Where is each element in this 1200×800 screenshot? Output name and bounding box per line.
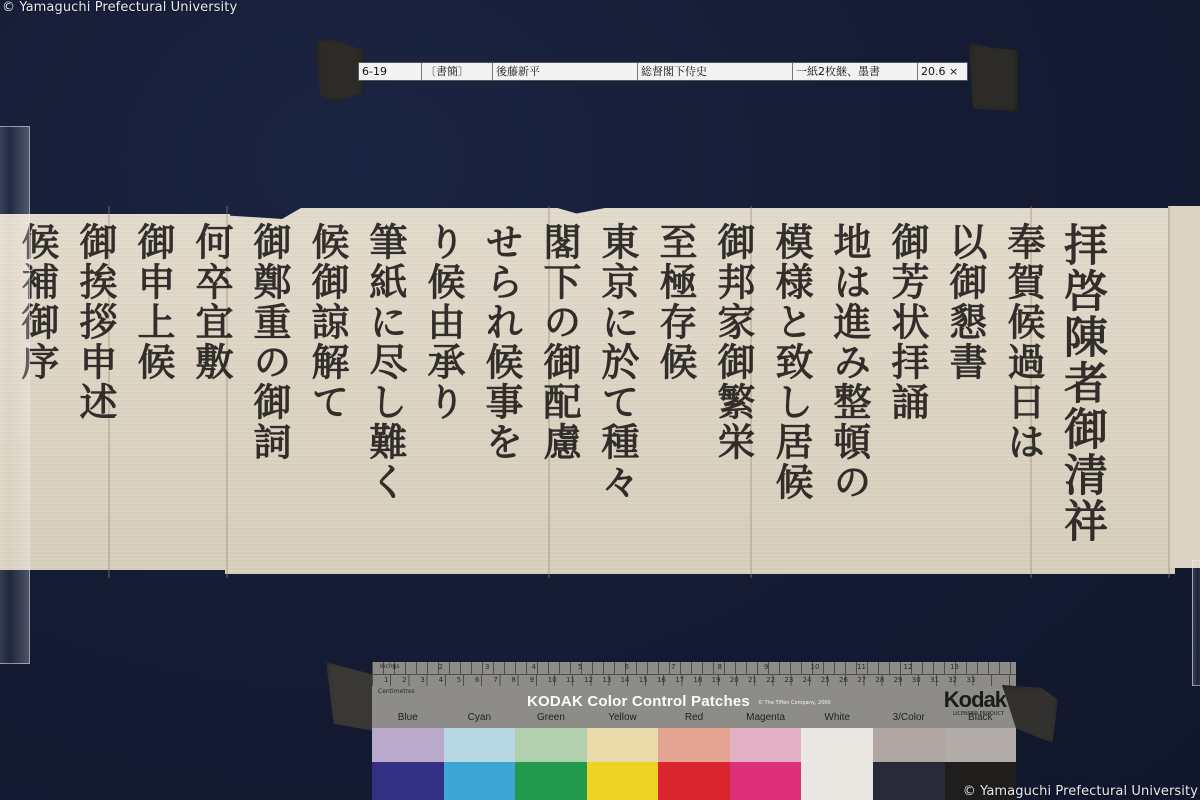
text-column: 御邦家御繁栄 xyxy=(704,222,762,578)
ruler-cm-mark: 23 xyxy=(784,676,793,684)
patch-dark xyxy=(587,762,659,800)
color-patch-blue xyxy=(372,728,444,800)
patch-label: Blue xyxy=(372,712,444,723)
paper-fold xyxy=(1168,206,1170,578)
acrylic-weight-bar xyxy=(0,126,30,664)
patch-label: Yellow xyxy=(587,712,659,723)
copyright-watermark-top: © Yamaguchi Prefectural University xyxy=(2,0,237,15)
mounting-tape xyxy=(968,42,1018,112)
ruler-cm-mark: 1 xyxy=(384,676,388,684)
patch-labels: Blue Cyan Green Yellow Red Magenta White… xyxy=(372,712,1016,723)
patch-light xyxy=(873,728,945,762)
paper-sheet-edge xyxy=(1168,206,1200,568)
text-column: せられ候事を xyxy=(472,222,530,578)
text-column: 閣下の御配慮 xyxy=(530,222,588,578)
ruler-cm-mark: 20 xyxy=(730,676,739,684)
ruler-inch-mark: 6 xyxy=(625,663,629,671)
text-column: 地は進み整頓の xyxy=(820,222,878,578)
ruler-cm-mark: 26 xyxy=(839,676,848,684)
ruler-cm-mark: 12 xyxy=(584,676,593,684)
ruler-cm-mark: 6 xyxy=(475,676,479,684)
ruler-cm-mark: 14 xyxy=(621,676,630,684)
patch-label: 3/Color xyxy=(873,712,945,723)
color-patch-cyan xyxy=(444,728,516,800)
text-column: 何卒宜敷 xyxy=(182,222,240,578)
text-column: 候御諒解て xyxy=(298,222,356,578)
patch-label: Magenta xyxy=(730,712,802,723)
ruler-cm-mark: 5 xyxy=(457,676,461,684)
acrylic-weight-bar xyxy=(1192,560,1200,686)
color-patch-magenta xyxy=(730,728,802,800)
ruler-cm-mark: 7 xyxy=(493,676,497,684)
text-column: 拝啓陳者御清祥 xyxy=(1052,222,1110,578)
ruler-cm-mark: 15 xyxy=(639,676,648,684)
patch-light xyxy=(372,728,444,762)
chart-copyright: © The Tiffen Company, 2000 xyxy=(758,700,831,706)
ruler-inch-mark: 3 xyxy=(485,663,489,671)
ruler-cm-mark: 4 xyxy=(439,676,443,684)
ruler-cm-mark: 33 xyxy=(966,676,975,684)
text-column: 以御懇書 xyxy=(936,222,994,578)
ruler-cm-mark: 32 xyxy=(948,676,957,684)
ruler-cm-mark: 28 xyxy=(875,676,884,684)
ruler-cm-mark: 16 xyxy=(657,676,666,684)
ruler-cm-mark: 24 xyxy=(803,676,812,684)
ruler-cm-mark: 17 xyxy=(675,676,684,684)
patch-dark xyxy=(730,762,802,800)
ruler-inch-mark: 8 xyxy=(718,663,722,671)
ruler-inch-mark: 11 xyxy=(857,663,866,671)
text-column: 模様と致し居候 xyxy=(762,222,820,578)
patch-light xyxy=(801,728,873,762)
text-column: 東京に於て種々 xyxy=(588,222,646,578)
color-patches xyxy=(372,728,1016,800)
patch-label: Red xyxy=(658,712,730,723)
text-column: 御挨拶申述 xyxy=(66,222,124,578)
ruler-cm-mark: 8 xyxy=(511,676,515,684)
text-column: 至極存候 xyxy=(646,222,704,578)
label-category: 〔書簡〕 xyxy=(422,63,493,80)
patch-light xyxy=(587,728,659,762)
ruler-inch-mark: 4 xyxy=(532,663,536,671)
text-column: 筆紙に尽し難く xyxy=(356,222,414,578)
ruler-cm-mark: 3 xyxy=(420,676,424,684)
patch-dark xyxy=(515,762,587,800)
patch-dark xyxy=(444,762,516,800)
ruler-cm-mark: 27 xyxy=(857,676,866,684)
ruler-cm-mark: 22 xyxy=(766,676,775,684)
ruler-cm-mark: 29 xyxy=(894,676,903,684)
ruler-cm-mark: 10 xyxy=(548,676,557,684)
text-column: 御芳状拝誦 xyxy=(878,222,936,578)
patch-light xyxy=(444,728,516,762)
ruler-inch-mark: 2 xyxy=(439,663,443,671)
color-patch-red xyxy=(658,728,730,800)
patch-label: White xyxy=(801,712,873,723)
ruler-cm-mark: 2 xyxy=(402,676,406,684)
text-column: 御鄭重の御詞 xyxy=(240,222,298,578)
color-patch-white xyxy=(801,728,873,800)
ruler-cm-mark: 9 xyxy=(530,676,534,684)
patch-label: Green xyxy=(515,712,587,723)
color-patch-green xyxy=(515,728,587,800)
ruler-inch-mark: 9 xyxy=(764,663,768,671)
ruler-inch-mark: 5 xyxy=(578,663,582,671)
label-format: 一紙2枚継、墨書 xyxy=(793,63,918,80)
patch-light xyxy=(945,728,1017,762)
label-id: 6-19 xyxy=(359,63,422,80)
ruler-cm-label: Centimetres xyxy=(378,688,415,695)
kodak-logo: Kodak xyxy=(944,687,1006,713)
ruler-cm-mark: 25 xyxy=(821,676,830,684)
ruler-inches-label: Inches xyxy=(380,663,400,670)
ruler-cm-mark: 18 xyxy=(693,676,702,684)
ruler-inch-mark: 13 xyxy=(950,663,959,671)
patch-label: Black xyxy=(945,712,1017,723)
ruler-cm-mark: 31 xyxy=(930,676,939,684)
color-patch-3-color xyxy=(873,728,945,800)
patch-light xyxy=(515,728,587,762)
label-size: 20.6 × xyxy=(918,63,967,80)
text-column: り候由承り xyxy=(414,222,472,578)
patch-light xyxy=(730,728,802,762)
patch-light xyxy=(658,728,730,762)
ruler-inch-mark: 10 xyxy=(811,663,820,671)
catalog-label: 6-19 〔書簡〕 後藤新平 総督閣下侍史 一紙2枚継、墨書 20.6 × xyxy=(358,62,968,81)
patch-dark xyxy=(658,762,730,800)
ruler-cm-mark: 30 xyxy=(912,676,921,684)
label-author: 後藤新平 xyxy=(493,63,638,80)
calligraphy-text: 拝啓陳者御清祥 奉賀候過日は 以御懇書 御芳状拝誦 地は進み整頓の 模様と致し居… xyxy=(0,222,1110,578)
patch-dark xyxy=(801,762,873,800)
ruler-cm-mark: 19 xyxy=(712,676,721,684)
color-patch-yellow xyxy=(587,728,659,800)
ruler-inch-mark: 12 xyxy=(904,663,913,671)
patch-dark xyxy=(873,762,945,800)
ruler-inch-mark: 7 xyxy=(671,663,675,671)
text-column: 奉賀候過日は xyxy=(994,222,1052,578)
letter-scroll: 拝啓陳者御清祥 奉賀候過日は 以御懇書 御芳状拝誦 地は進み整頓の 模様と致し居… xyxy=(0,206,1200,578)
chart-title: KODAK Color Control Patches xyxy=(527,693,750,710)
patch-label: Cyan xyxy=(444,712,516,723)
text-column: 御申上候 xyxy=(124,222,182,578)
kodak-color-chart: Inches Centimetres KODAK Color Control P… xyxy=(372,662,1016,800)
patch-dark xyxy=(372,762,444,800)
ruler-inch-mark: 1 xyxy=(392,663,396,671)
ruler-cm-mark: 21 xyxy=(748,676,757,684)
ruler-cm-mark: 11 xyxy=(566,676,575,684)
label-recipient: 総督閣下侍史 xyxy=(638,63,793,80)
ruler-cm-mark: 13 xyxy=(602,676,611,684)
copyright-watermark-bottom: © Yamaguchi Prefectural University xyxy=(963,784,1198,799)
